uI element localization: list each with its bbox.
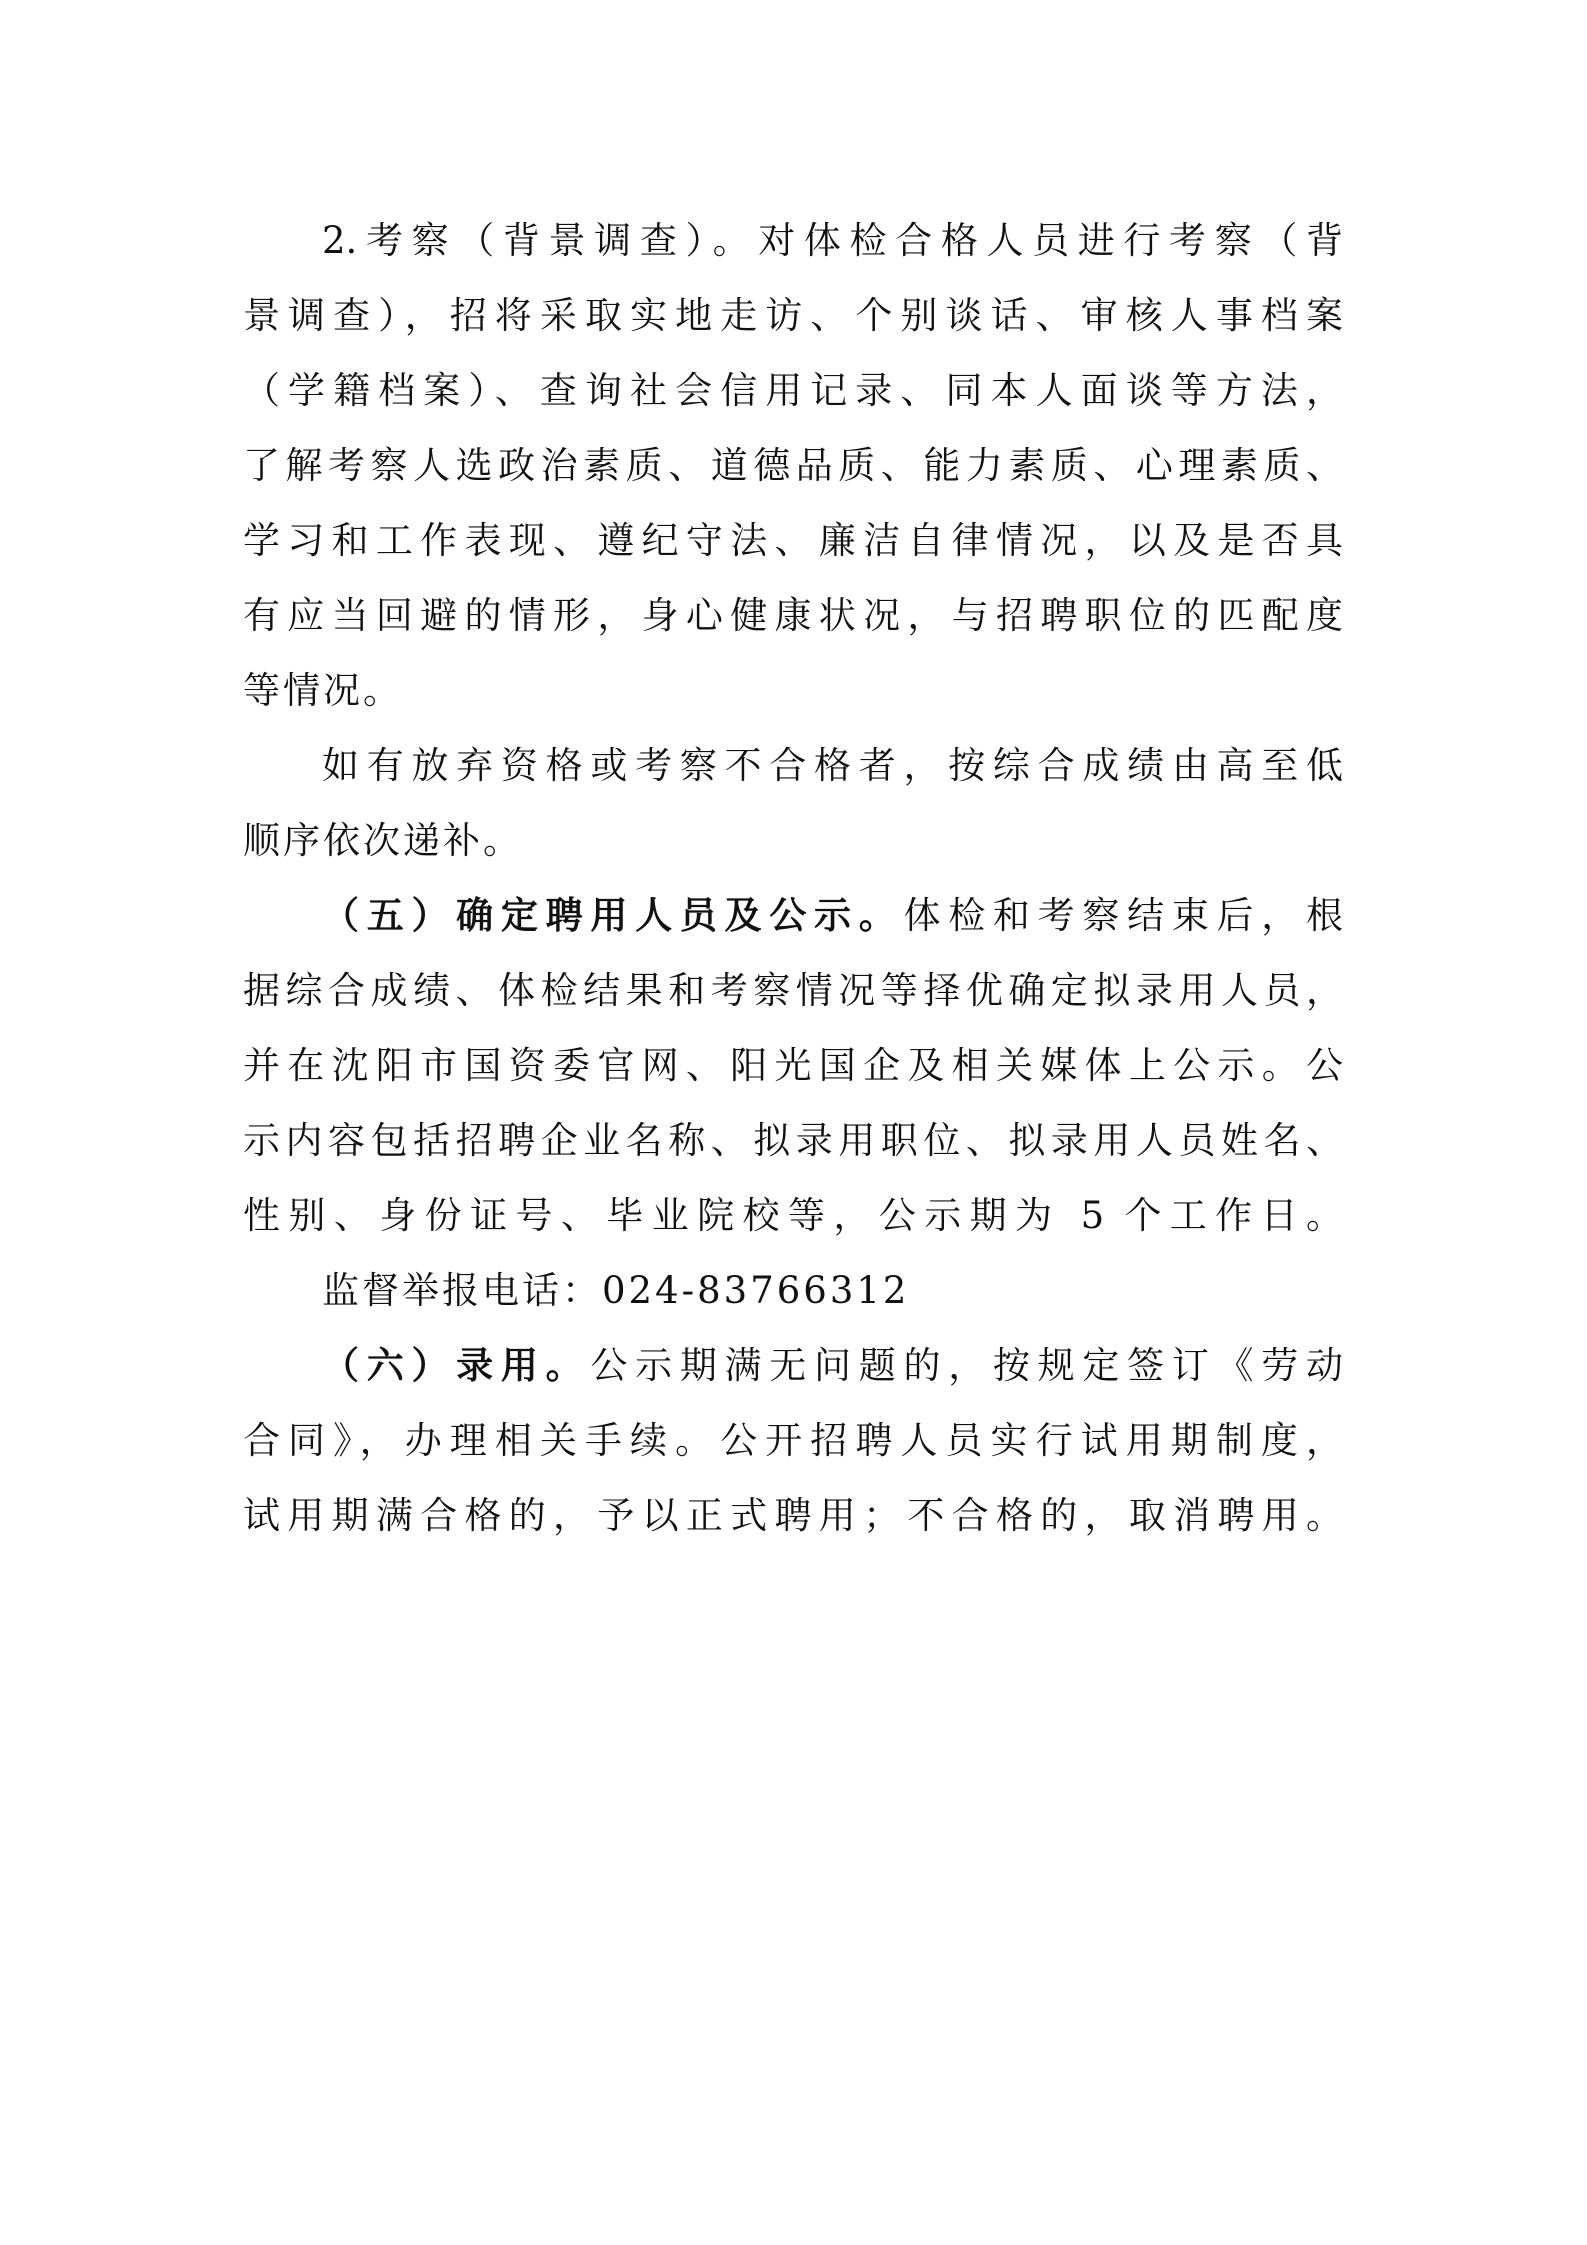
text-line: 示内容包括招聘企业名称、拟录用职位、拟录用人员姓名、 — [243, 1103, 1343, 1178]
text-line: 有应当回避的情形，身心健康状况，与招聘职位的匹配度 — [243, 578, 1343, 653]
text-line: 并在沈阳市国资委官网、阳光国企及相关媒体上公示。公 — [243, 1028, 1343, 1103]
text-line: 如有放弃资格或考察不合格者，按综合成绩由高至低 — [322, 728, 1343, 803]
text-line: 据综合成绩、体检结果和考察情况等择优确定拟录用人员， — [243, 953, 1343, 1028]
text-line: 性别、身份证号、毕业院校等，公示期为 5 个工作日。 — [243, 1178, 1343, 1253]
text-line: 试用期满合格的，予以正式聘用；不合格的，取消聘用。 — [243, 1478, 1343, 1553]
text-line: 合同》，办理相关手续。公开招聘人员实行试用期制度， — [243, 1403, 1343, 1478]
hotline-label: 监督举报电话： — [322, 1269, 602, 1312]
text-span: 公示期满无问题的，按规定签订《劳动 — [590, 1344, 1343, 1387]
text-line: 景调查），招将采取实地走访、个别谈话、审核人事档案 — [243, 278, 1343, 353]
text-line: 等情况。 — [243, 653, 1343, 728]
document-page: 2.考察（背景调查）。对体检合格人员进行考察（背 景调查），招将采取实地走访、个… — [0, 0, 1587, 2245]
text-line: （学籍档案）、查询社会信用记录、同本人面谈等方法， — [243, 353, 1343, 428]
text-span: 体检和考察结束后，根 — [903, 894, 1343, 937]
text-line: 学习和工作表现、遵纪守法、廉洁自律情况，以及是否具 — [243, 503, 1343, 578]
text-line: 2.考察（背景调查）。对体检合格人员进行考察（背 — [322, 203, 1343, 278]
section-heading: （六）录用。 — [322, 1343, 590, 1387]
text-line: 顺序依次递补。 — [243, 803, 1343, 878]
section-heading: （五）确定聘用人员及公示。 — [322, 893, 903, 937]
text-line: 了解考察人选政治素质、道德品质、能力素质、心理素质、 — [243, 428, 1343, 503]
text-line: （五）确定聘用人员及公示。体检和考察结束后，根 — [322, 878, 1343, 953]
text-line: （六）录用。公示期满无问题的，按规定签订《劳动 — [322, 1328, 1343, 1403]
hotline-phone: 024-83766312 — [602, 1269, 909, 1312]
text-line: 监督举报电话：024-83766312 — [322, 1253, 1343, 1328]
